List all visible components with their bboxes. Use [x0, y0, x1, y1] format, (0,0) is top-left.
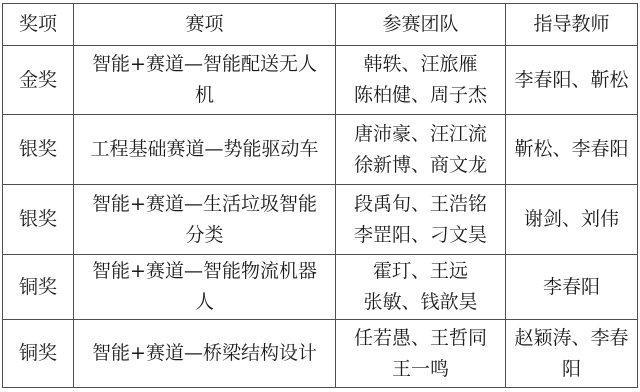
advisor-cell: 谢剑、刘伟: [506, 185, 638, 255]
team-line: 唐沛豪、汪江流: [344, 119, 497, 150]
event-cell: 智能+赛道—桥梁结构设计: [74, 320, 336, 388]
header-row: 奖项 赛项 参赛团队 指导教师: [3, 4, 638, 46]
event-cell: 智能+赛道—智能物流机器人: [74, 255, 336, 320]
event-cell: 智能+赛道—智能配送无人机: [74, 46, 336, 115]
advisor-cell: 李春阳: [506, 255, 638, 320]
table-row: 金奖 智能+赛道—智能配送无人机 韩轶、汪旅雁 陈柏健、周子杰 李春阳、靳松: [3, 46, 638, 115]
table-row: 铜奖 智能+赛道—智能物流机器人 霍玎、王远 张敏、钱歆昊 李春阳: [3, 255, 638, 320]
awards-table: 奖项 赛项 参赛团队 指导教师 金奖 智能+赛道—智能配送无人机 韩轶、汪旅雁 …: [2, 3, 638, 388]
award-cell: 铜奖: [3, 255, 74, 320]
team-line: 韩轶、汪旅雁: [344, 49, 497, 80]
header-advisor: 指导教师: [506, 4, 638, 46]
team-line: 任若愚、王哲同: [344, 323, 497, 354]
advisor-cell: 李春阳、靳松: [506, 46, 638, 115]
award-cell: 金奖: [3, 46, 74, 115]
team-cell: 霍玎、王远 张敏、钱歆昊: [336, 255, 506, 320]
advisor-cell: 赵颖涛、李春阳: [506, 320, 638, 388]
team-line: 段禹旬、王浩铭: [344, 189, 497, 220]
award-cell: 银奖: [3, 115, 74, 185]
event-cell: 工程基础赛道—势能驱动车: [74, 115, 336, 185]
team-cell: 唐沛豪、汪江流 徐新博、商文龙: [336, 115, 506, 185]
header-team: 参赛团队: [336, 4, 506, 46]
team-cell: 段禹旬、王浩铭 李罡阳、刁文昊: [336, 185, 506, 255]
team-line: 徐新博、商文龙: [344, 150, 497, 181]
table-row: 银奖 智能+赛道—生活垃圾智能分类 段禹旬、王浩铭 李罡阳、刁文昊 谢剑、刘伟: [3, 185, 638, 255]
team-line: 李罡阳、刁文昊: [344, 220, 497, 251]
team-line: 陈柏健、周子杰: [344, 80, 497, 111]
team-line: 王一鸣: [344, 354, 497, 385]
award-cell: 银奖: [3, 185, 74, 255]
table-row: 铜奖 智能+赛道—桥梁结构设计 任若愚、王哲同 王一鸣 赵颖涛、李春阳: [3, 320, 638, 388]
team-line: 张敏、钱歆昊: [344, 287, 497, 318]
advisor-cell: 靳松、李春阳: [506, 115, 638, 185]
event-cell: 智能+赛道—生活垃圾智能分类: [74, 185, 336, 255]
team-line: 霍玎、王远: [344, 256, 497, 287]
header-award: 奖项: [3, 4, 74, 46]
table-row: 银奖 工程基础赛道—势能驱动车 唐沛豪、汪江流 徐新博、商文龙 靳松、李春阳: [3, 115, 638, 185]
header-event: 赛项: [74, 4, 336, 46]
award-cell: 铜奖: [3, 320, 74, 388]
team-cell: 任若愚、王哲同 王一鸣: [336, 320, 506, 388]
team-cell: 韩轶、汪旅雁 陈柏健、周子杰: [336, 46, 506, 115]
